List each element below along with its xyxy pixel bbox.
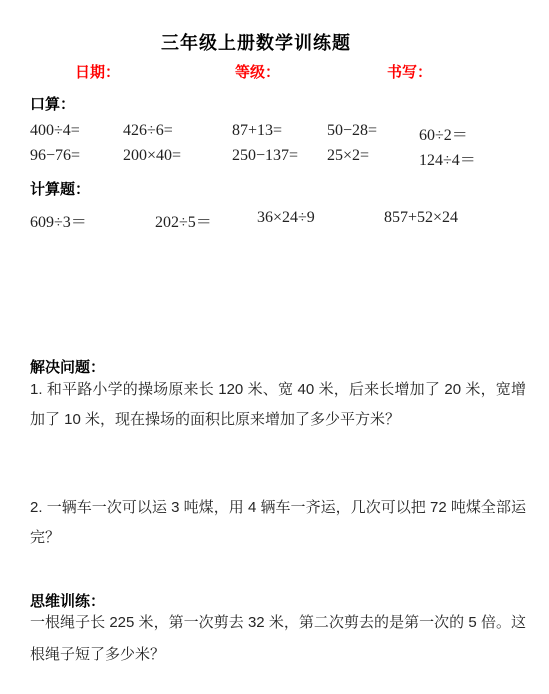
oral-problem: 400÷4=: [30, 122, 80, 140]
oral-problem: 25×2=: [327, 147, 369, 165]
calc-section-heading: 计算题：: [30, 178, 90, 199]
word-problem-2: 2. 一辆车一次可以运 3 吨煤，用 4 辆车一齐运，几次可以把 72 吨煤全部…: [30, 493, 526, 553]
oral-problem: 87+13=: [232, 122, 282, 140]
oral-problem: 96−76=: [30, 147, 80, 165]
oral-problem: 250−137=: [232, 147, 298, 165]
worksheet-page: 三年级上册数学训练题 日期： 等级： 书写： 口算： 400÷4= 426÷6=…: [0, 0, 549, 694]
calc-problem: 202÷5＝: [155, 209, 212, 232]
thinking-problem: 一根绳子长 225 米，第一次剪去 32 米，第二次剪去的是第一次的 5 倍。这…: [30, 607, 526, 671]
calc-problem: 609÷3＝: [30, 209, 87, 232]
oral-problem: 60÷2＝: [419, 122, 468, 145]
oral-problem: 50−28=: [327, 122, 377, 140]
calc-problem: 36×24÷9: [257, 209, 315, 227]
writing-label: 书写：: [387, 61, 432, 82]
date-label: 日期：: [75, 61, 120, 82]
word-problems-heading: 解决问题：: [30, 356, 105, 377]
oral-problem: 124÷4＝: [419, 147, 476, 170]
word-problem-1: 1. 和平路小学的操场原来长 120 米、宽 40 米，后来长增加了 20 米，…: [30, 375, 526, 435]
calc-problem: 857+52×24: [384, 209, 458, 227]
oral-problem: 426÷6=: [123, 122, 173, 140]
oral-section-heading: 口算：: [30, 93, 75, 114]
grade-label: 等级：: [235, 61, 280, 82]
worksheet-title: 三年级上册数学训练题: [0, 29, 512, 55]
oral-problem: 200×40=: [123, 147, 181, 165]
